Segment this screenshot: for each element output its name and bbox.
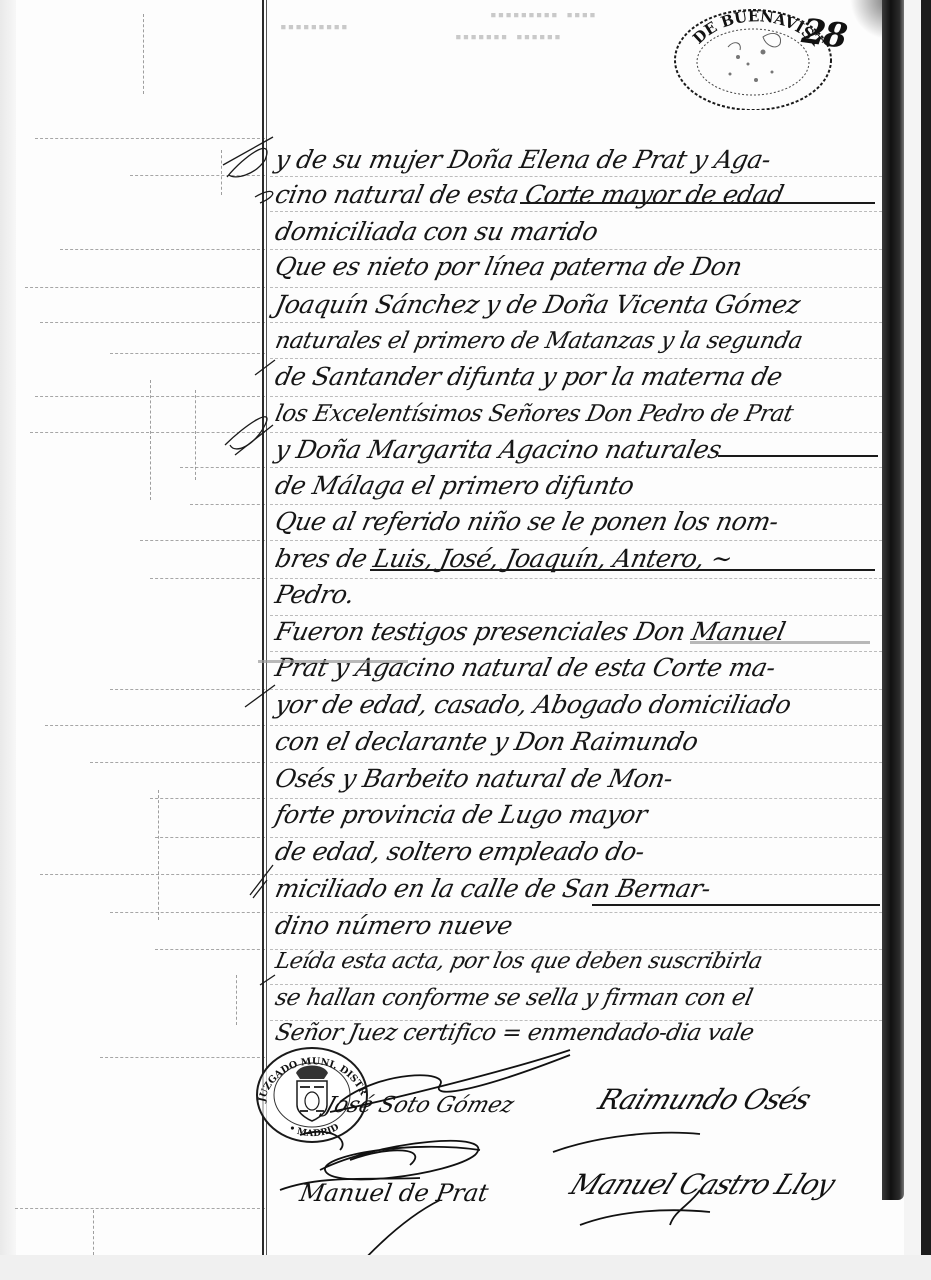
- body-line: y Doña Margarita Agacino naturales: [272, 433, 879, 467]
- body-line: forte provincia de Lugo mayor: [272, 798, 879, 832]
- ruled-baseline: [270, 322, 882, 323]
- bleed-through-text: ▪▪▪▪▪▪▪ ▪▪▪▪▪▪: [455, 30, 562, 43]
- signature-illegible: Manuel Castro Lloy: [565, 1168, 839, 1201]
- body-line: cino natural de esta Corte mayor de edad: [272, 178, 879, 212]
- page-number: 28: [799, 11, 847, 57]
- signature-jose: José Soto Gómez: [322, 1093, 517, 1118]
- body-line: Pedro.: [272, 578, 379, 612]
- body-line: Que es nieto por línea paterna de Don: [272, 250, 879, 284]
- margin-vertical-rule: [93, 1210, 94, 1255]
- bleed-through-text: ▪▪▪▪▪▪▪▪▪ ▪▪▪▪: [490, 8, 597, 21]
- body-line: miciliado en la calle de San Bernar-: [272, 872, 879, 906]
- body-line: Prat y Agacino natural de esta Corte ma-: [272, 651, 879, 685]
- bleed-through-text: ▪▪▪▪▪▪▪▪▪: [280, 20, 349, 33]
- body-line: de edad, soltero empleado do-: [272, 835, 879, 869]
- body-line: domiciliada con su marido: [272, 215, 529, 249]
- body-line: de Málaga el primero difunto: [272, 469, 579, 503]
- scanned-document-page: ▪▪▪▪▪▪▪▪▪ ▪▪▪▪ ▪▪▪▪▪▪▪ ▪▪▪▪▪▪ ▪▪▪▪▪▪▪▪▪: [0, 0, 931, 1280]
- line-fill-stroke: [370, 569, 875, 571]
- ruled-baseline: [270, 540, 882, 541]
- body-line: Osés y Barbeito natural de Mon-: [272, 762, 879, 796]
- signature-manuel-de-prat: Manuel de Prat: [298, 1179, 491, 1207]
- body-line: los Excelentísimos Señores Don Pedro de …: [272, 397, 879, 431]
- body-line: naturales el primero de Matanzas y la se…: [272, 324, 879, 358]
- line-fill-stroke: [592, 904, 880, 906]
- body-line: yor de edad, casado, Abogado domiciliado: [272, 688, 879, 722]
- margin-vertical-rule: [143, 14, 144, 94]
- margin-vertical-rule: [158, 790, 159, 920]
- body-line: Leída esta acta, por los que deben suscr…: [272, 945, 879, 979]
- line-fill-stroke: [718, 455, 878, 457]
- signature-raimundo: Raimundo Osés: [594, 1083, 815, 1116]
- scan-bottom-edge: [0, 1255, 931, 1280]
- body-line: Joaquín Sánchez y de Doña Vicenta Gómez: [272, 288, 879, 322]
- pencil-underline: [690, 641, 870, 644]
- body-line: dino número nueve: [272, 909, 529, 943]
- margin-rule: [15, 1208, 265, 1209]
- pencil-underline: [258, 660, 408, 663]
- body-line: con el declarante y Don Raimundo: [272, 725, 879, 759]
- line-fill-stroke: [520, 202, 875, 204]
- margin-vertical-rule: [195, 390, 196, 480]
- page-edge-shadow: [882, 0, 904, 1200]
- body-line: Que al referido niño se le ponen los nom…: [272, 505, 879, 539]
- scan-border: [921, 0, 931, 1280]
- scan-background-strip: [904, 0, 921, 1280]
- ruled-baseline: [270, 467, 882, 468]
- margin-vertical-rule: [150, 380, 151, 500]
- scan-left-edge: [0, 0, 16, 1280]
- ruled-baseline: [270, 358, 882, 359]
- body-line: y de su mujer Doña Elena de Prat y Aga-: [272, 143, 879, 177]
- body-line: de Santander difunta y por la materna de: [272, 360, 879, 394]
- body-line: se hallan conforme se sella y firman con…: [272, 981, 879, 1015]
